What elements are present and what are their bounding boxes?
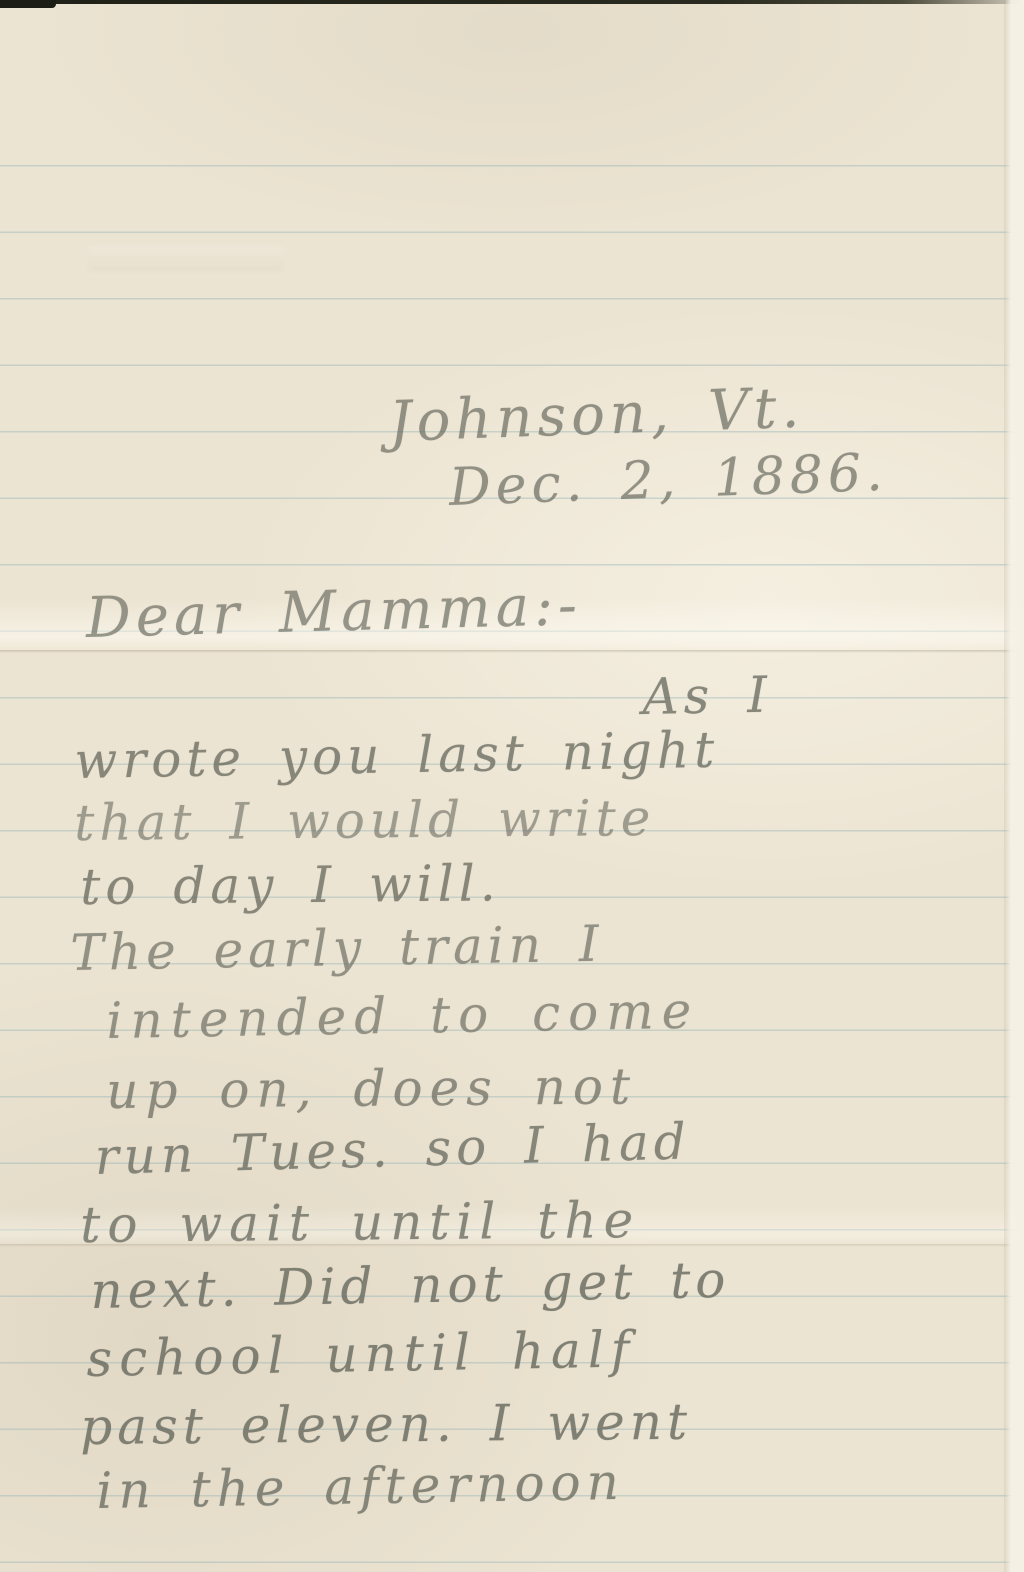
letter-body-line: intended to come <box>106 982 700 1050</box>
fold-crease-upper <box>0 598 1024 650</box>
letter-body-line: run Tues. so I had <box>94 1112 691 1186</box>
letter-body-line: school until half <box>86 1320 637 1388</box>
letter-body-line: wrote you last night <box>74 721 720 790</box>
scan-top-edge <box>0 0 1024 4</box>
fold-crease-shadow <box>0 1244 1024 1247</box>
letter-body-line: that I would write <box>74 789 656 852</box>
letter-scan: Johnson, Vt. Dec. 2, 1886. Dear Mamma:- … <box>0 0 1024 1572</box>
letter-body-line: to day I will. <box>80 854 501 916</box>
letter-salutation: Dear Mamma:- <box>85 573 583 651</box>
scan-top-edge-corner <box>0 0 56 8</box>
ruled-lines <box>0 100 1024 1572</box>
letter-body-line: up on, does not <box>106 1057 637 1120</box>
letter-body-line: in the afternoon <box>96 1453 625 1520</box>
letter-body-line: past eleven. I went <box>80 1393 692 1456</box>
letter-date-line: Dec. 2, 1886. <box>448 443 888 518</box>
letter-place-line: Johnson, Vt. <box>388 376 805 455</box>
letter-body-line: to wait until the <box>80 1191 640 1254</box>
letter-body-line: next. Did not get to <box>90 1251 731 1320</box>
fold-crease-highlight <box>0 1206 1024 1244</box>
fold-crease-highlight <box>0 598 1024 650</box>
letter-body-line: The early train I <box>70 915 604 982</box>
letter-body-line: As I <box>642 666 772 726</box>
fold-crease-shadow <box>0 650 1024 653</box>
paper-right-edge <box>1004 0 1024 1572</box>
fold-crease-lower <box>0 1206 1024 1244</box>
embossed-letterhead-stamp <box>88 243 284 273</box>
